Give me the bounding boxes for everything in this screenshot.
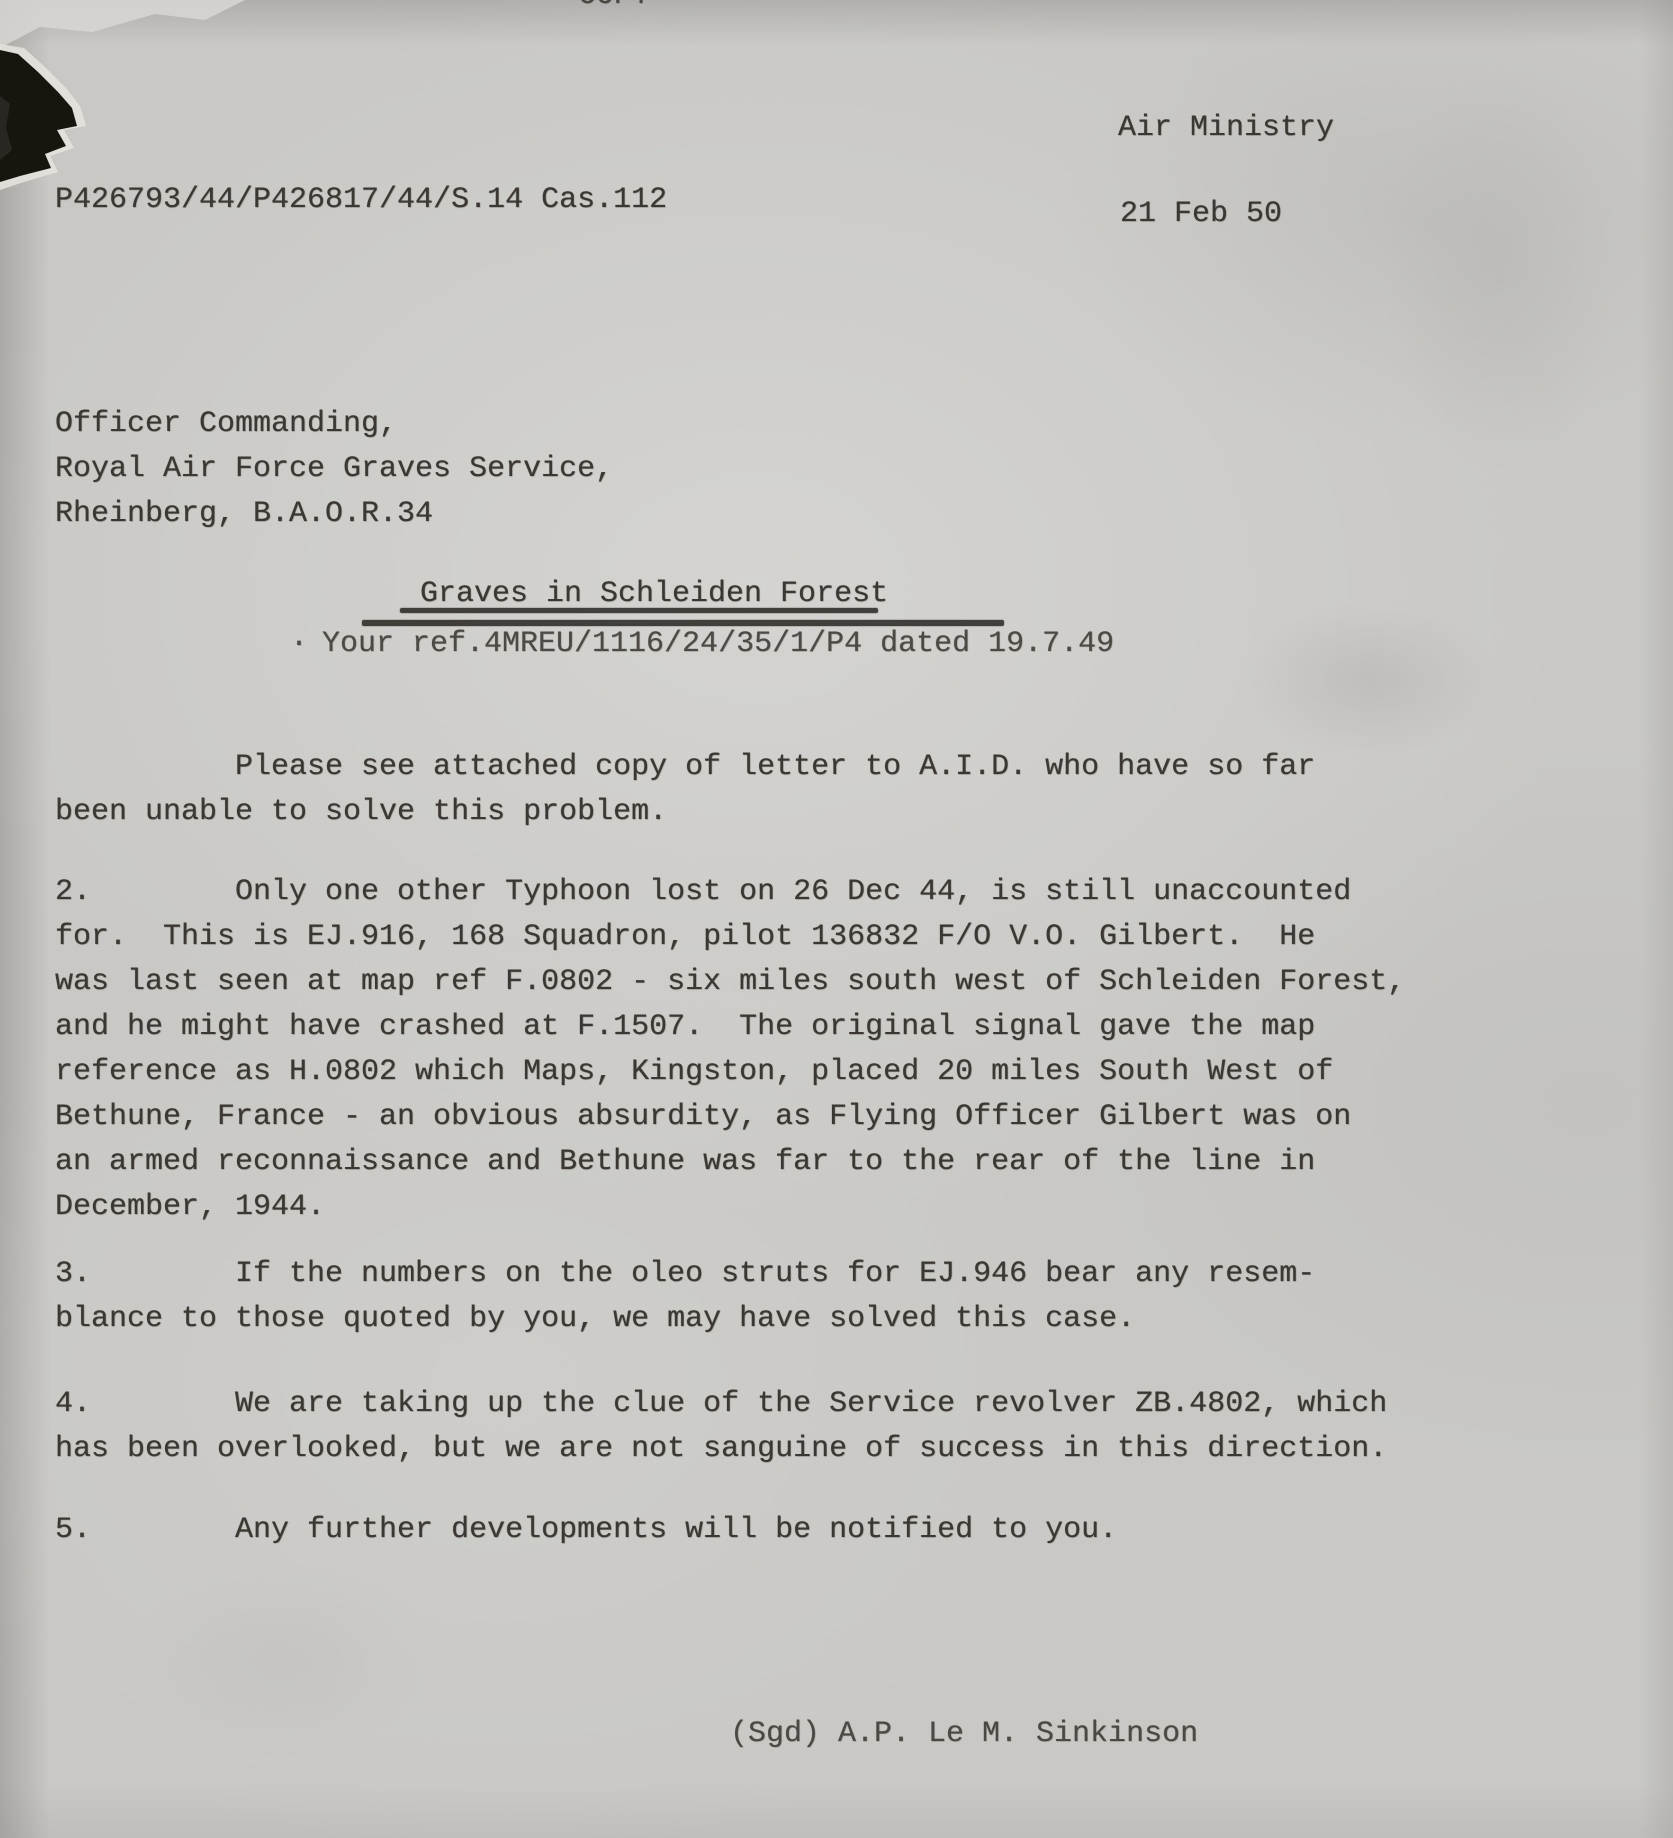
scanned-letter-page: COPY Air Ministry P426793/44/P426817/44/… <box>0 0 1673 1838</box>
copy-stamp: COPY <box>578 0 650 19</box>
recipient-address: Officer Commanding, Royal Air Force Grav… <box>55 402 613 537</box>
document-reference: P426793/44/P426817/44/S.14 Cas.112 <box>55 178 667 223</box>
ref-lead-dot: · <box>290 622 308 667</box>
signature-line: (Sgd) A.P. Le M. Sinkinson <box>730 1712 1198 1757</box>
paper-stain <box>1380 60 1620 480</box>
paragraph-5: 5. Any further developments will be noti… <box>55 1508 1117 1553</box>
organisation-name: Air Ministry <box>1118 106 1334 151</box>
paragraph-3: 3. If the numbers on the oleo struts for… <box>55 1252 1315 1342</box>
paragraph-2: 2. Only one other Typhoon lost on 26 Dec… <box>55 870 1405 1230</box>
paragraph-4: 4. We are taking up the clue of the Serv… <box>55 1382 1387 1472</box>
heading-underline <box>400 608 878 613</box>
document-date: 21 Feb 50 <box>1120 192 1282 237</box>
paragraph-1: Please see attached copy of letter to A.… <box>55 745 1315 835</box>
paper-stain <box>1240 600 1500 760</box>
your-reference: Your ref.4MREU/1116/24/35/1/P4 dated 19.… <box>322 622 1114 667</box>
paper-stain <box>120 1560 440 1760</box>
